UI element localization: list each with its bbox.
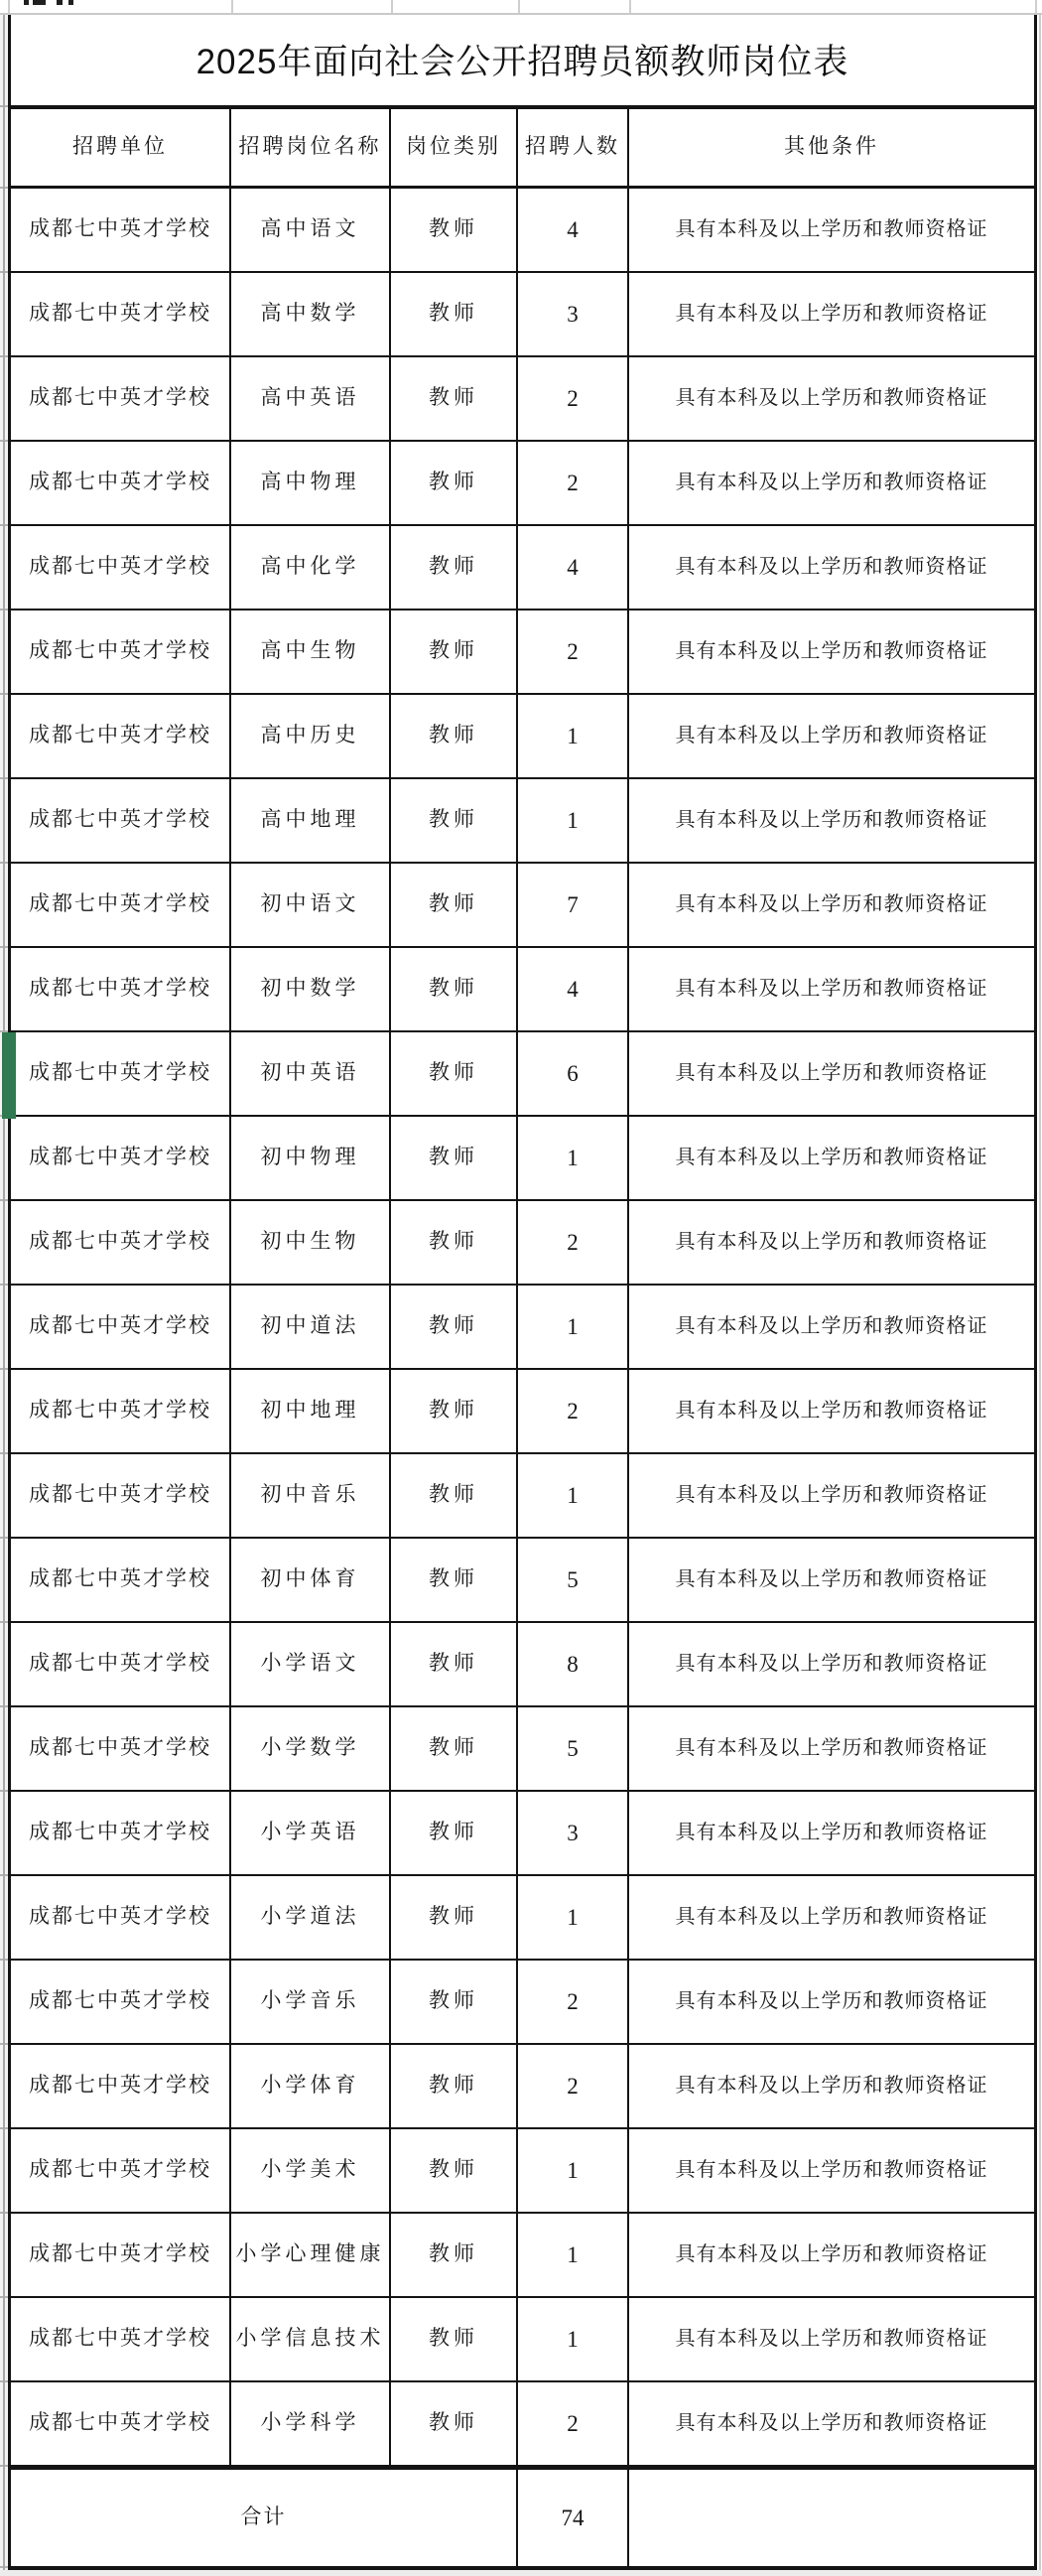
cell-condition: 具有本科及以上学历和教师资格证: [629, 610, 1034, 693]
cell-unit: 成都七中英才学校: [11, 2298, 231, 2380]
gridline-tick: [8, 0, 10, 13]
cell-unit: 成都七中英才学校: [11, 1117, 231, 1199]
table-row: 成都七中英才学校初中物理教师1具有本科及以上学历和教师资格证: [8, 1117, 1037, 1201]
cell-count: 2: [518, 1201, 629, 1284]
cell-category: 教师: [391, 1961, 518, 2043]
cell-unit: 成都七中英才学校: [11, 864, 231, 946]
table-body: 成都七中英才学校高中语文教师4具有本科及以上学历和教师资格证成都七中英才学校高中…: [8, 189, 1037, 2467]
cell-category: 教师: [391, 1370, 518, 1452]
gridline-tick: [391, 0, 393, 13]
cell-condition: 具有本科及以上学历和教师资格证: [629, 1623, 1034, 1705]
cell-unit: 成都七中英才学校: [11, 1454, 231, 1537]
cell-category: 教师: [391, 1792, 518, 1874]
cell-condition: 具有本科及以上学历和教师资格证: [629, 779, 1034, 862]
cell-category: 教师: [391, 695, 518, 777]
cell-count: 2: [518, 1961, 629, 2043]
cell-condition: 具有本科及以上学历和教师资格证: [629, 2045, 1034, 2127]
table-row: 成都七中英才学校初中体育教师5具有本科及以上学历和教师资格证: [8, 1539, 1037, 1623]
cell-position: 初中数学: [231, 948, 391, 1030]
table-row: 成都七中英才学校高中物理教师2具有本科及以上学历和教师资格证: [8, 442, 1037, 526]
cell-unit: 成都七中英才学校: [11, 1201, 231, 1284]
cell-unit: 成都七中英才学校: [11, 2382, 231, 2465]
cell-unit: 成都七中英才学校: [11, 1286, 231, 1368]
cell-position: 小学音乐: [231, 1961, 391, 2043]
column-header-category: 岗位类别: [391, 109, 518, 186]
cell-unit: 成都七中英才学校: [11, 442, 231, 524]
column-header-unit: 招聘单位: [11, 109, 231, 186]
cell-condition: 具有本科及以上学历和教师资格证: [629, 442, 1034, 524]
cell-position: 初中生物: [231, 1201, 391, 1284]
cell-count: 1: [518, 2214, 629, 2296]
cell-condition: 具有本科及以上学历和教师资格证: [629, 864, 1034, 946]
table-row: 成都七中英才学校初中道法教师1具有本科及以上学历和教师资格证: [8, 1286, 1037, 1370]
cell-unit: 成都七中英才学校: [11, 2129, 231, 2212]
table-row: 成都七中英才学校初中地理教师2具有本科及以上学历和教师资格证: [8, 1370, 1037, 1454]
cell-position: 小学语文: [231, 1623, 391, 1705]
cell-condition: 具有本科及以上学历和教师资格证: [629, 1370, 1034, 1452]
sheet-bottom-margin: [0, 2570, 1042, 2576]
cell-unit: 成都七中英才学校: [11, 1961, 231, 2043]
table-row: 成都七中英才学校高中英语教师2具有本科及以上学历和教师资格证: [8, 357, 1037, 442]
cell-position: 初中英语: [231, 1032, 391, 1115]
table-row: 成都七中英才学校小学体育教师2具有本科及以上学历和教师资格证: [8, 2045, 1037, 2129]
cell-count: 5: [518, 1707, 629, 1790]
text-fragment: [33, 0, 46, 5]
cell-count: 4: [518, 189, 629, 271]
cell-unit: 成都七中英才学校: [11, 1370, 231, 1452]
cell-condition: 具有本科及以上学历和教师资格证: [629, 526, 1034, 609]
cell-category: 教师: [391, 2298, 518, 2380]
text-fragment: [68, 0, 73, 5]
cell-condition: 具有本科及以上学历和教师资格证: [629, 2129, 1034, 2212]
table-row: 成都七中英才学校初中英语教师6具有本科及以上学历和教师资格证: [8, 1032, 1037, 1117]
summary-row: 合计 74: [8, 2467, 1037, 2570]
cell-position: 小学英语: [231, 1792, 391, 1874]
gridline-tick: [1035, 0, 1037, 13]
cell-position: 初中体育: [231, 1539, 391, 1621]
cell-category: 教师: [391, 1032, 518, 1115]
cell-condition: 具有本科及以上学历和教师资格证: [629, 357, 1034, 440]
cell-condition: 具有本科及以上学历和教师资格证: [629, 1286, 1034, 1368]
cell-count: 1: [518, 1286, 629, 1368]
cell-unit: 成都七中英才学校: [11, 1539, 231, 1621]
cell-condition: 具有本科及以上学历和教师资格证: [629, 1117, 1034, 1199]
table-row: 成都七中英才学校小学科学教师2具有本科及以上学历和教师资格证: [8, 2382, 1037, 2467]
cell-condition: 具有本科及以上学历和教师资格证: [629, 1961, 1034, 2043]
table-title: 2025年面向社会公开招聘员额教师岗位表: [8, 14, 1037, 105]
cell-unit: 成都七中英才学校: [11, 1707, 231, 1790]
cell-condition: 具有本科及以上学历和教师资格证: [629, 2382, 1034, 2465]
column-header-condition: 其他条件: [629, 109, 1034, 186]
cell-position: 小学道法: [231, 1876, 391, 1959]
cell-count: 1: [518, 779, 629, 862]
cell-position: 初中地理: [231, 1370, 391, 1452]
cell-position: 初中音乐: [231, 1454, 391, 1537]
cell-position: 高中生物: [231, 610, 391, 693]
summary-label: 合计: [11, 2470, 518, 2566]
cell-count: 7: [518, 864, 629, 946]
cell-category: 教师: [391, 2214, 518, 2296]
gridline-tick: [518, 0, 520, 13]
cell-category: 教师: [391, 1707, 518, 1790]
cell-category: 教师: [391, 526, 518, 609]
cell-category: 教师: [391, 189, 518, 271]
cell-category: 教师: [391, 2045, 518, 2127]
table-row: 成都七中英才学校小学语文教师8具有本科及以上学历和教师资格证: [8, 1623, 1037, 1707]
cell-count: 5: [518, 1539, 629, 1621]
cell-category: 教师: [391, 1623, 518, 1705]
cell-unit: 成都七中英才学校: [11, 779, 231, 862]
column-header-position: 招聘岗位名称: [231, 109, 391, 186]
cell-unit: 成都七中英才学校: [11, 1032, 231, 1115]
cell-condition: 具有本科及以上学历和教师资格证: [629, 1707, 1034, 1790]
column-header-count: 招聘人数: [518, 109, 629, 186]
cell-count: 2: [518, 357, 629, 440]
cell-position: 小学体育: [231, 2045, 391, 2127]
cell-count: 2: [518, 1370, 629, 1452]
cell-category: 教师: [391, 442, 518, 524]
sheet-gridline-right: [1039, 0, 1041, 2576]
cell-count: 3: [518, 273, 629, 355]
cell-unit: 成都七中英才学校: [11, 1623, 231, 1705]
cell-position: 高中物理: [231, 442, 391, 524]
cell-unit: 成都七中英才学校: [11, 610, 231, 693]
cell-count: 2: [518, 2382, 629, 2465]
cell-unit: 成都七中英才学校: [11, 1792, 231, 1874]
cell-count: 1: [518, 2298, 629, 2380]
cell-category: 教师: [391, 1201, 518, 1284]
cell-category: 教师: [391, 948, 518, 1030]
cell-condition: 具有本科及以上学历和教师资格证: [629, 1792, 1034, 1874]
table-row: 成都七中英才学校初中生物教师2具有本科及以上学历和教师资格证: [8, 1201, 1037, 1286]
cell-position: 小学美术: [231, 2129, 391, 2212]
cell-position: 高中化学: [231, 526, 391, 609]
cell-condition: 具有本科及以上学历和教师资格证: [629, 1539, 1034, 1621]
summary-empty-cell: [629, 2470, 1034, 2566]
cell-condition: 具有本科及以上学历和教师资格证: [629, 1201, 1034, 1284]
table-row: 成都七中英才学校小学道法教师1具有本科及以上学历和教师资格证: [8, 1876, 1037, 1961]
cell-category: 教师: [391, 864, 518, 946]
table-row: 成都七中英才学校高中地理教师1具有本科及以上学历和教师资格证: [8, 779, 1037, 864]
table-row: 成都七中英才学校高中数学教师3具有本科及以上学历和教师资格证: [8, 273, 1037, 357]
cell-position: 初中物理: [231, 1117, 391, 1199]
cell-position: 高中语文: [231, 189, 391, 271]
cell-count: 8: [518, 1623, 629, 1705]
cell-category: 教师: [391, 610, 518, 693]
cell-condition: 具有本科及以上学历和教师资格证: [629, 948, 1034, 1030]
cell-count: 4: [518, 526, 629, 609]
cell-position: 小学信息技术: [231, 2298, 391, 2380]
cell-position: 高中历史: [231, 695, 391, 777]
cell-condition: 具有本科及以上学历和教师资格证: [629, 695, 1034, 777]
cell-position: 小学科学: [231, 2382, 391, 2465]
table-row: 成都七中英才学校高中历史教师1具有本科及以上学历和教师资格证: [8, 695, 1037, 779]
cell-category: 教师: [391, 779, 518, 862]
cell-unit: 成都七中英才学校: [11, 2045, 231, 2127]
cell-condition: 具有本科及以上学历和教师资格证: [629, 1454, 1034, 1537]
table-row: 成都七中英才学校小学心理健康教师1具有本科及以上学历和教师资格证: [8, 2214, 1037, 2298]
cell-position: 初中语文: [231, 864, 391, 946]
cell-position: 小学心理健康: [231, 2214, 391, 2296]
positions-table: 2025年面向社会公开招聘员额教师岗位表 招聘单位 招聘岗位名称 岗位类别 招聘…: [8, 14, 1037, 2570]
cell-count: 2: [518, 610, 629, 693]
clipped-row-remnant: [0, 0, 1042, 15]
text-fragment: [57, 0, 63, 5]
cell-unit: 成都七中英才学校: [11, 526, 231, 609]
text-fragment: [24, 0, 29, 5]
cell-count: 1: [518, 695, 629, 777]
cell-category: 教师: [391, 1117, 518, 1199]
cell-position: 高中英语: [231, 357, 391, 440]
cell-count: 2: [518, 2045, 629, 2127]
cell-position: 小学数学: [231, 1707, 391, 1790]
summary-total: 74: [518, 2470, 629, 2566]
table-row: 成都七中英才学校小学英语教师3具有本科及以上学历和教师资格证: [8, 1792, 1037, 1876]
table-row: 成都七中英才学校小学信息技术教师1具有本科及以上学历和教师资格证: [8, 2298, 1037, 2382]
cell-unit: 成都七中英才学校: [11, 1876, 231, 1959]
table-row: 成都七中英才学校初中语文教师7具有本科及以上学历和教师资格证: [8, 864, 1037, 948]
cell-category: 教师: [391, 273, 518, 355]
cell-count: 1: [518, 2129, 629, 2212]
table-header-row: 招聘单位 招聘岗位名称 岗位类别 招聘人数 其他条件: [8, 105, 1037, 189]
cell-condition: 具有本科及以上学历和教师资格证: [629, 273, 1034, 355]
table-row: 成都七中英才学校小学音乐教师2具有本科及以上学历和教师资格证: [8, 1961, 1037, 2045]
gutter-gridline: [3, 0, 5, 2576]
table-row: 成都七中英才学校高中化学教师4具有本科及以上学历和教师资格证: [8, 526, 1037, 610]
table-row: 成都七中英才学校小学数学教师5具有本科及以上学历和教师资格证: [8, 1707, 1037, 1792]
cell-category: 教师: [391, 357, 518, 440]
cell-unit: 成都七中英才学校: [11, 273, 231, 355]
cell-category: 教师: [391, 1286, 518, 1368]
cell-category: 教师: [391, 1876, 518, 1959]
cell-unit: 成都七中英才学校: [11, 2214, 231, 2296]
cell-unit: 成都七中英才学校: [11, 357, 231, 440]
cell-unit: 成都七中英才学校: [11, 695, 231, 777]
table-row: 成都七中英才学校初中音乐教师1具有本科及以上学历和教师资格证: [8, 1454, 1037, 1539]
table-row: 成都七中英才学校高中语文教师4具有本科及以上学历和教师资格证: [8, 189, 1037, 273]
cell-position: 初中道法: [231, 1286, 391, 1368]
cell-category: 教师: [391, 2382, 518, 2465]
cell-category: 教师: [391, 2129, 518, 2212]
cell-count: 6: [518, 1032, 629, 1115]
cell-condition: 具有本科及以上学历和教师资格证: [629, 1032, 1034, 1115]
cell-condition: 具有本科及以上学历和教师资格证: [629, 2214, 1034, 2296]
table-row: 成都七中英才学校初中数学教师4具有本科及以上学历和教师资格证: [8, 948, 1037, 1032]
cell-unit: 成都七中英才学校: [11, 948, 231, 1030]
cell-position: 高中地理: [231, 779, 391, 862]
cell-count: 2: [518, 442, 629, 524]
cell-condition: 具有本科及以上学历和教师资格证: [629, 1876, 1034, 1959]
cell-category: 教师: [391, 1539, 518, 1621]
cell-condition: 具有本科及以上学历和教师资格证: [629, 189, 1034, 271]
cell-unit: 成都七中英才学校: [11, 189, 231, 271]
cell-count: 1: [518, 1454, 629, 1537]
cell-count: 1: [518, 1876, 629, 1959]
table-row: 成都七中英才学校小学美术教师1具有本科及以上学历和教师资格证: [8, 2129, 1037, 2214]
cell-position: 高中数学: [231, 273, 391, 355]
cell-count: 4: [518, 948, 629, 1030]
row-selection-indicator[interactable]: [2, 1032, 16, 1119]
cell-condition: 具有本科及以上学历和教师资格证: [629, 2298, 1034, 2380]
table-row: 成都七中英才学校高中生物教师2具有本科及以上学历和教师资格证: [8, 610, 1037, 695]
gridline-tick: [231, 0, 233, 13]
gridline-tick: [629, 0, 631, 13]
cell-count: 3: [518, 1792, 629, 1874]
cell-count: 1: [518, 1117, 629, 1199]
cell-category: 教师: [391, 1454, 518, 1537]
